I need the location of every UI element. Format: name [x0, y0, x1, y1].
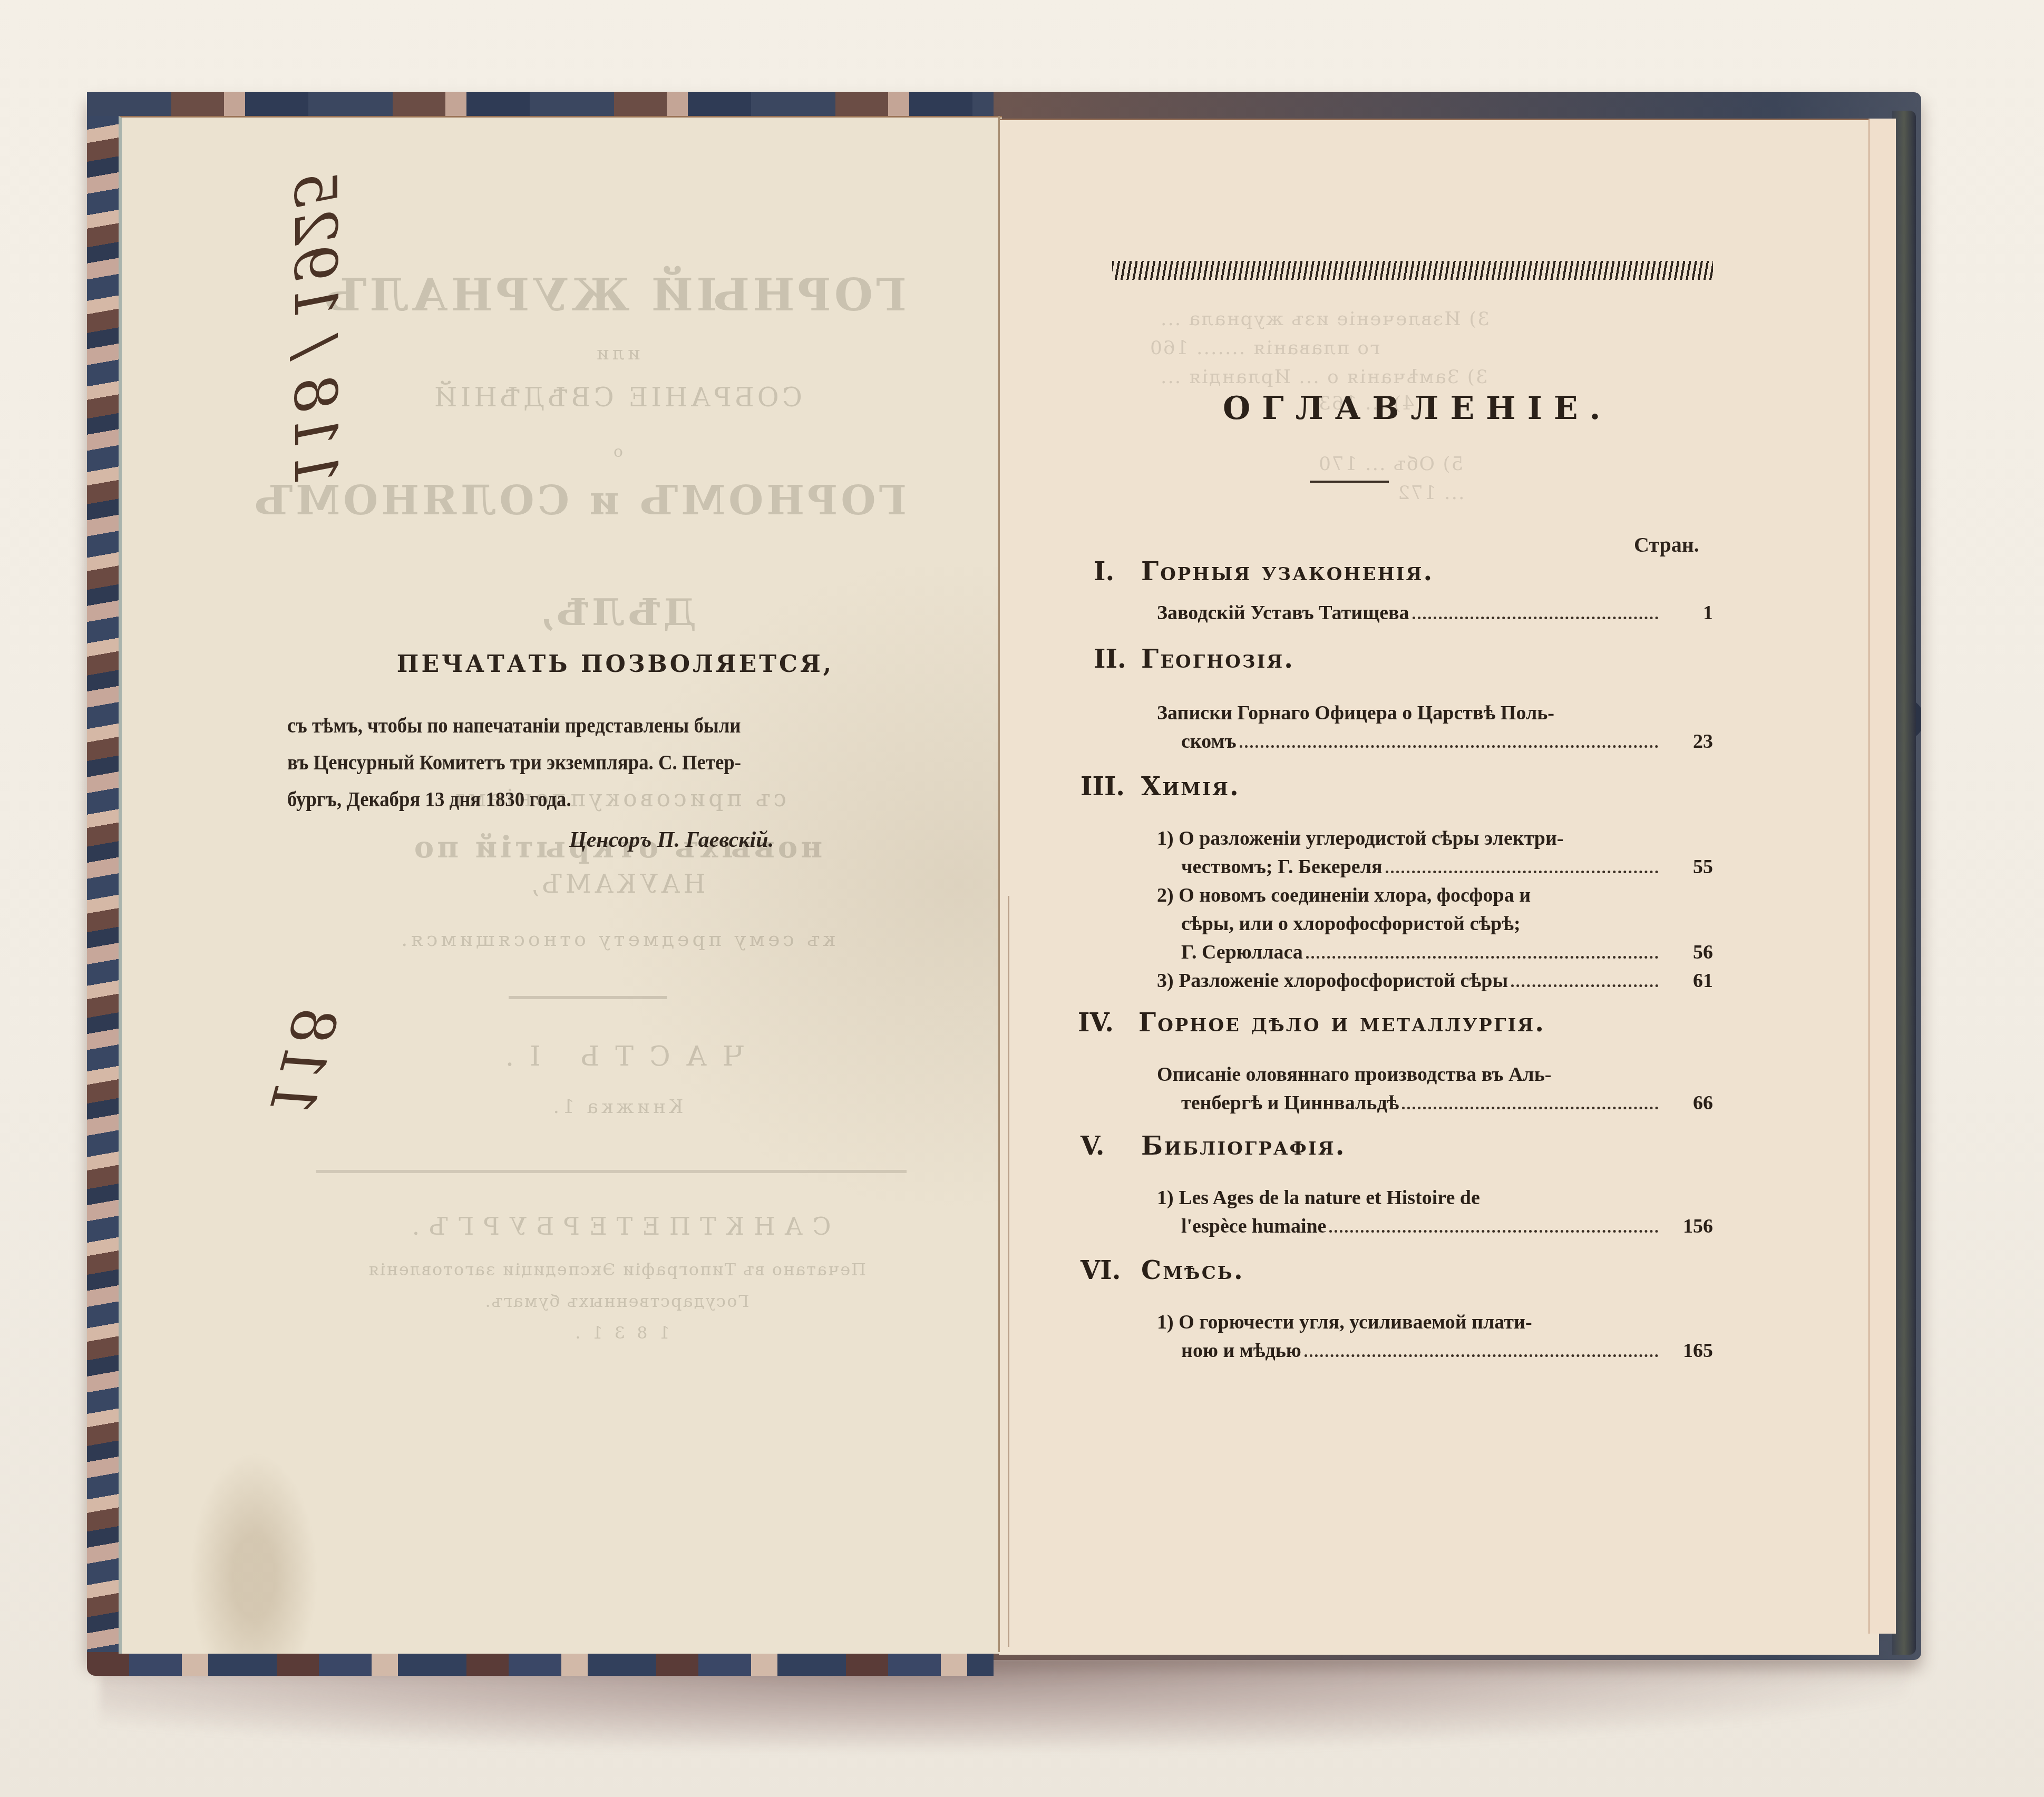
ghost-book: Книжка 1.: [327, 1096, 907, 1118]
section-heading: IV.Горное дѣло и металлургія.: [1078, 1004, 1713, 1041]
section-heading: I.Горныя узаконенія.: [1094, 553, 1713, 590]
entry-line: 3) Разложеніе хлорофосфористой сѣры 61: [1157, 966, 1713, 995]
imprimatur-body: съ тѣмъ, чтобы по напечатаніи представле…: [287, 707, 913, 818]
entry-line: 1) Les Ages de la nature et Histoire de: [1157, 1184, 1713, 1212]
imprimatur-line: бургъ, Декабря 13 дня 1830 года.: [287, 781, 913, 818]
ghost-title-6: ДѢЛѢ,: [327, 590, 907, 634]
section-number: I.: [1094, 553, 1141, 590]
section-title: Горныя узаконенія.: [1141, 557, 1434, 587]
right-page-fore-edge: [1868, 119, 1896, 1634]
entry-line: 1) О разложеніи углеродистой сѣры электр…: [1157, 824, 1713, 853]
ghost-double-rule: [316, 1170, 907, 1173]
dot-leader: [1402, 1107, 1658, 1109]
toc-entry[interactable]: Заводскій Уставъ Татищева 1: [1157, 599, 1713, 627]
ghost-title-5: ГОРНОМЪ и СОЛЯНОМЪ: [327, 477, 907, 524]
section-title: Горное дѣло и металлургія.: [1138, 1008, 1545, 1038]
entry-page-number: 165: [1666, 1336, 1713, 1365]
entry-title: ною и мѣдью: [1181, 1336, 1301, 1365]
entry-line: Заводскій Уставъ Татищева 1: [1157, 599, 1713, 627]
entry-page-number: 61: [1666, 966, 1713, 995]
section-heading: III.Химія.: [1081, 768, 1713, 805]
entry-title: чествомъ; Г. Бекереля: [1181, 853, 1383, 881]
toc-section: VI.Смѣсь. 1) О горючести угля, усиливаем…: [1081, 1252, 1713, 1365]
ghost-line: 3) Извлеченіе изъ журнала ...: [1160, 308, 1490, 330]
entry-page-number: 156: [1666, 1212, 1713, 1241]
entry-line: Г. Серюлласа 56: [1157, 938, 1713, 966]
ghost-rule: [509, 996, 667, 999]
ghost-title-3: СОБРАНІЕ СВѢДѢНІЙ: [327, 382, 907, 413]
section-number: IV.: [1078, 1004, 1138, 1041]
entry-page-number: 66: [1666, 1089, 1713, 1117]
title-underline: [1310, 481, 1389, 483]
entry-line: Записки Горнаго Офицера о Царствѣ Поль-: [1157, 699, 1713, 727]
imprimatur-block: ПЕЧАТАТЬ ПОЗВОЛЯЕТСЯ, съ тѣмъ, чтобы по …: [287, 651, 912, 853]
ghost-line: 3) Замѣчанія о ... Ирландія ...: [1160, 366, 1488, 388]
ghost-printer-2: Государственныхъ бумагъ.: [327, 1291, 907, 1311]
imprimatur-line: въ Ценсурный Комитетъ три экземпляра. С.…: [287, 744, 913, 781]
entry-title: Заводскій Уставъ Татищева: [1157, 599, 1409, 627]
entry-title: l'espèce humaine: [1181, 1212, 1326, 1241]
dot-leader: [1305, 1354, 1658, 1357]
entry-line: ною и мѣдью 165: [1157, 1336, 1713, 1365]
handwritten-shelfmark-top: 118 / 1925: [281, 172, 349, 486]
section-number: II.: [1094, 641, 1141, 678]
section-number: VI.: [1081, 1252, 1141, 1289]
section-heading: VI.Смѣсь.: [1081, 1252, 1713, 1289]
toc-entry[interactable]: 3) Разложеніе хлорофосфористой сѣры 61: [1157, 966, 1713, 995]
imprimatur-line: съ тѣмъ, чтобы по напечатаніи представле…: [287, 707, 913, 744]
entry-line: тенбергѣ и Циннвальдѣ 66: [1157, 1089, 1713, 1117]
toc-section: I.Горныя узаконенія. Заводскій Уставъ Та…: [1094, 553, 1713, 627]
entry-page-number: 23: [1666, 727, 1713, 756]
toc-title: ОГЛАВЛЕНІЕ.: [1223, 390, 1612, 427]
imprimatur-heading: ПЕЧАТАТЬ ПОЗВОЛЯЕТСЯ,: [319, 651, 912, 678]
toc-entry[interactable]: Описаніе оловяннаго производства въ Аль-…: [1157, 1060, 1713, 1117]
section-heading: II.Геогнозія.: [1094, 641, 1713, 678]
section-title: Библіографія.: [1141, 1131, 1346, 1161]
dot-leader: [1413, 617, 1658, 619]
toc-entry[interactable]: 2) О новомъ соединеніи хлора, фосфора и …: [1157, 881, 1713, 966]
entry-line: 2) О новомъ соединеніи хлора, фосфора и: [1157, 881, 1713, 910]
toc-section: III.Химія. 1) О разложеніи углеродистой …: [1081, 768, 1713, 995]
entry-page-number: 56: [1666, 938, 1713, 966]
section-title: Смѣсь.: [1141, 1256, 1244, 1285]
ghost-line: го плаванія ....... 160: [1149, 337, 1380, 359]
toc-entry[interactable]: Записки Горнаго Офицера о Царствѣ Поль- …: [1157, 699, 1713, 756]
ghost-year: 1831.: [327, 1323, 907, 1343]
entry-page-number: 55: [1666, 853, 1713, 881]
entry-line: чествомъ; Г. Бекереля 55: [1157, 853, 1713, 881]
dot-leader: [1511, 984, 1658, 987]
ornamental-zigzag-rule: [1112, 261, 1713, 280]
ghost-title-9: НАУКАМЪ,: [327, 870, 907, 899]
entry-title: скомъ: [1181, 727, 1237, 756]
toc-entry[interactable]: 1) О разложеніи углеродистой сѣры электр…: [1157, 824, 1713, 881]
ghost-line: 5) Объ ... 170: [1318, 453, 1463, 475]
entry-page-number: 1: [1666, 599, 1713, 627]
ghost-title-2: или: [327, 343, 907, 364]
section-heading: V.Библіографія.: [1081, 1128, 1713, 1165]
entry-line: Описаніе оловяннаго производства въ Аль-: [1157, 1060, 1713, 1089]
toc-entry[interactable]: 1) Les Ages de la nature et Histoire de …: [1157, 1184, 1713, 1241]
section-title: Химія.: [1141, 772, 1240, 802]
entry-line: 1) О горючести угля, усиливаемой плати-: [1157, 1308, 1713, 1336]
entry-title: Г. Серюлласа: [1181, 938, 1303, 966]
entry-title: 3) Разложеніе хлорофосфористой сѣры: [1157, 966, 1508, 995]
section-number: V.: [1081, 1128, 1141, 1165]
entry-title: тенбергѣ и Циннвальдѣ: [1181, 1089, 1399, 1117]
page-fold-crease: [1008, 896, 1009, 1647]
table-of-contents: I.Горныя узаконенія. Заводскій Уставъ Та…: [1094, 553, 1713, 1365]
dot-leader: [1329, 1230, 1658, 1233]
toc-section: II.Геогнозія. Записки Горнаго Офицера о …: [1094, 641, 1713, 756]
entry-line: l'espèce humaine 156: [1157, 1212, 1713, 1241]
cover-marbled-edge-top: [87, 92, 994, 116]
toc-section: IV.Горное дѣло и металлургія. Описаніе о…: [1078, 1004, 1713, 1117]
dot-leader: [1240, 745, 1658, 748]
toc-section: V.Библіографія. 1) Les Ages de la nature…: [1081, 1128, 1713, 1241]
cover-marbled-edge-bottom: [87, 1652, 994, 1676]
ghost-line: ... 172: [1397, 482, 1465, 504]
dot-leader: [1306, 956, 1658, 959]
ghost-part: ЧАСТЬ I.: [327, 1041, 907, 1072]
ghost-printer-1: Печатано въ Типографіи Экспедиціи загото…: [295, 1259, 938, 1280]
dot-leader: [1386, 871, 1658, 873]
ghost-city: САНКТПЕТЕРБУРГЪ.: [327, 1212, 907, 1241]
ghost-title-10: къ сему предмету относящимся.: [327, 927, 907, 951]
ghost-title-4: о: [327, 443, 907, 461]
entry-line: сѣры, или о хлорофосфористой сѣрѣ;: [1157, 910, 1713, 938]
ghost-title-1: ГОРНЫЙ ЖУРНАЛЪ: [327, 269, 907, 321]
toc-entry[interactable]: 1) О горючести угля, усиливаемой плати- …: [1157, 1308, 1713, 1365]
book-spine-gutter: [998, 116, 1000, 1652]
censor-signature: Ценсоръ П. Гаевскій.: [569, 827, 912, 853]
section-number: III.: [1081, 768, 1141, 805]
section-title: Геогнозія.: [1141, 644, 1294, 674]
entry-line: скомъ 23: [1157, 727, 1713, 756]
